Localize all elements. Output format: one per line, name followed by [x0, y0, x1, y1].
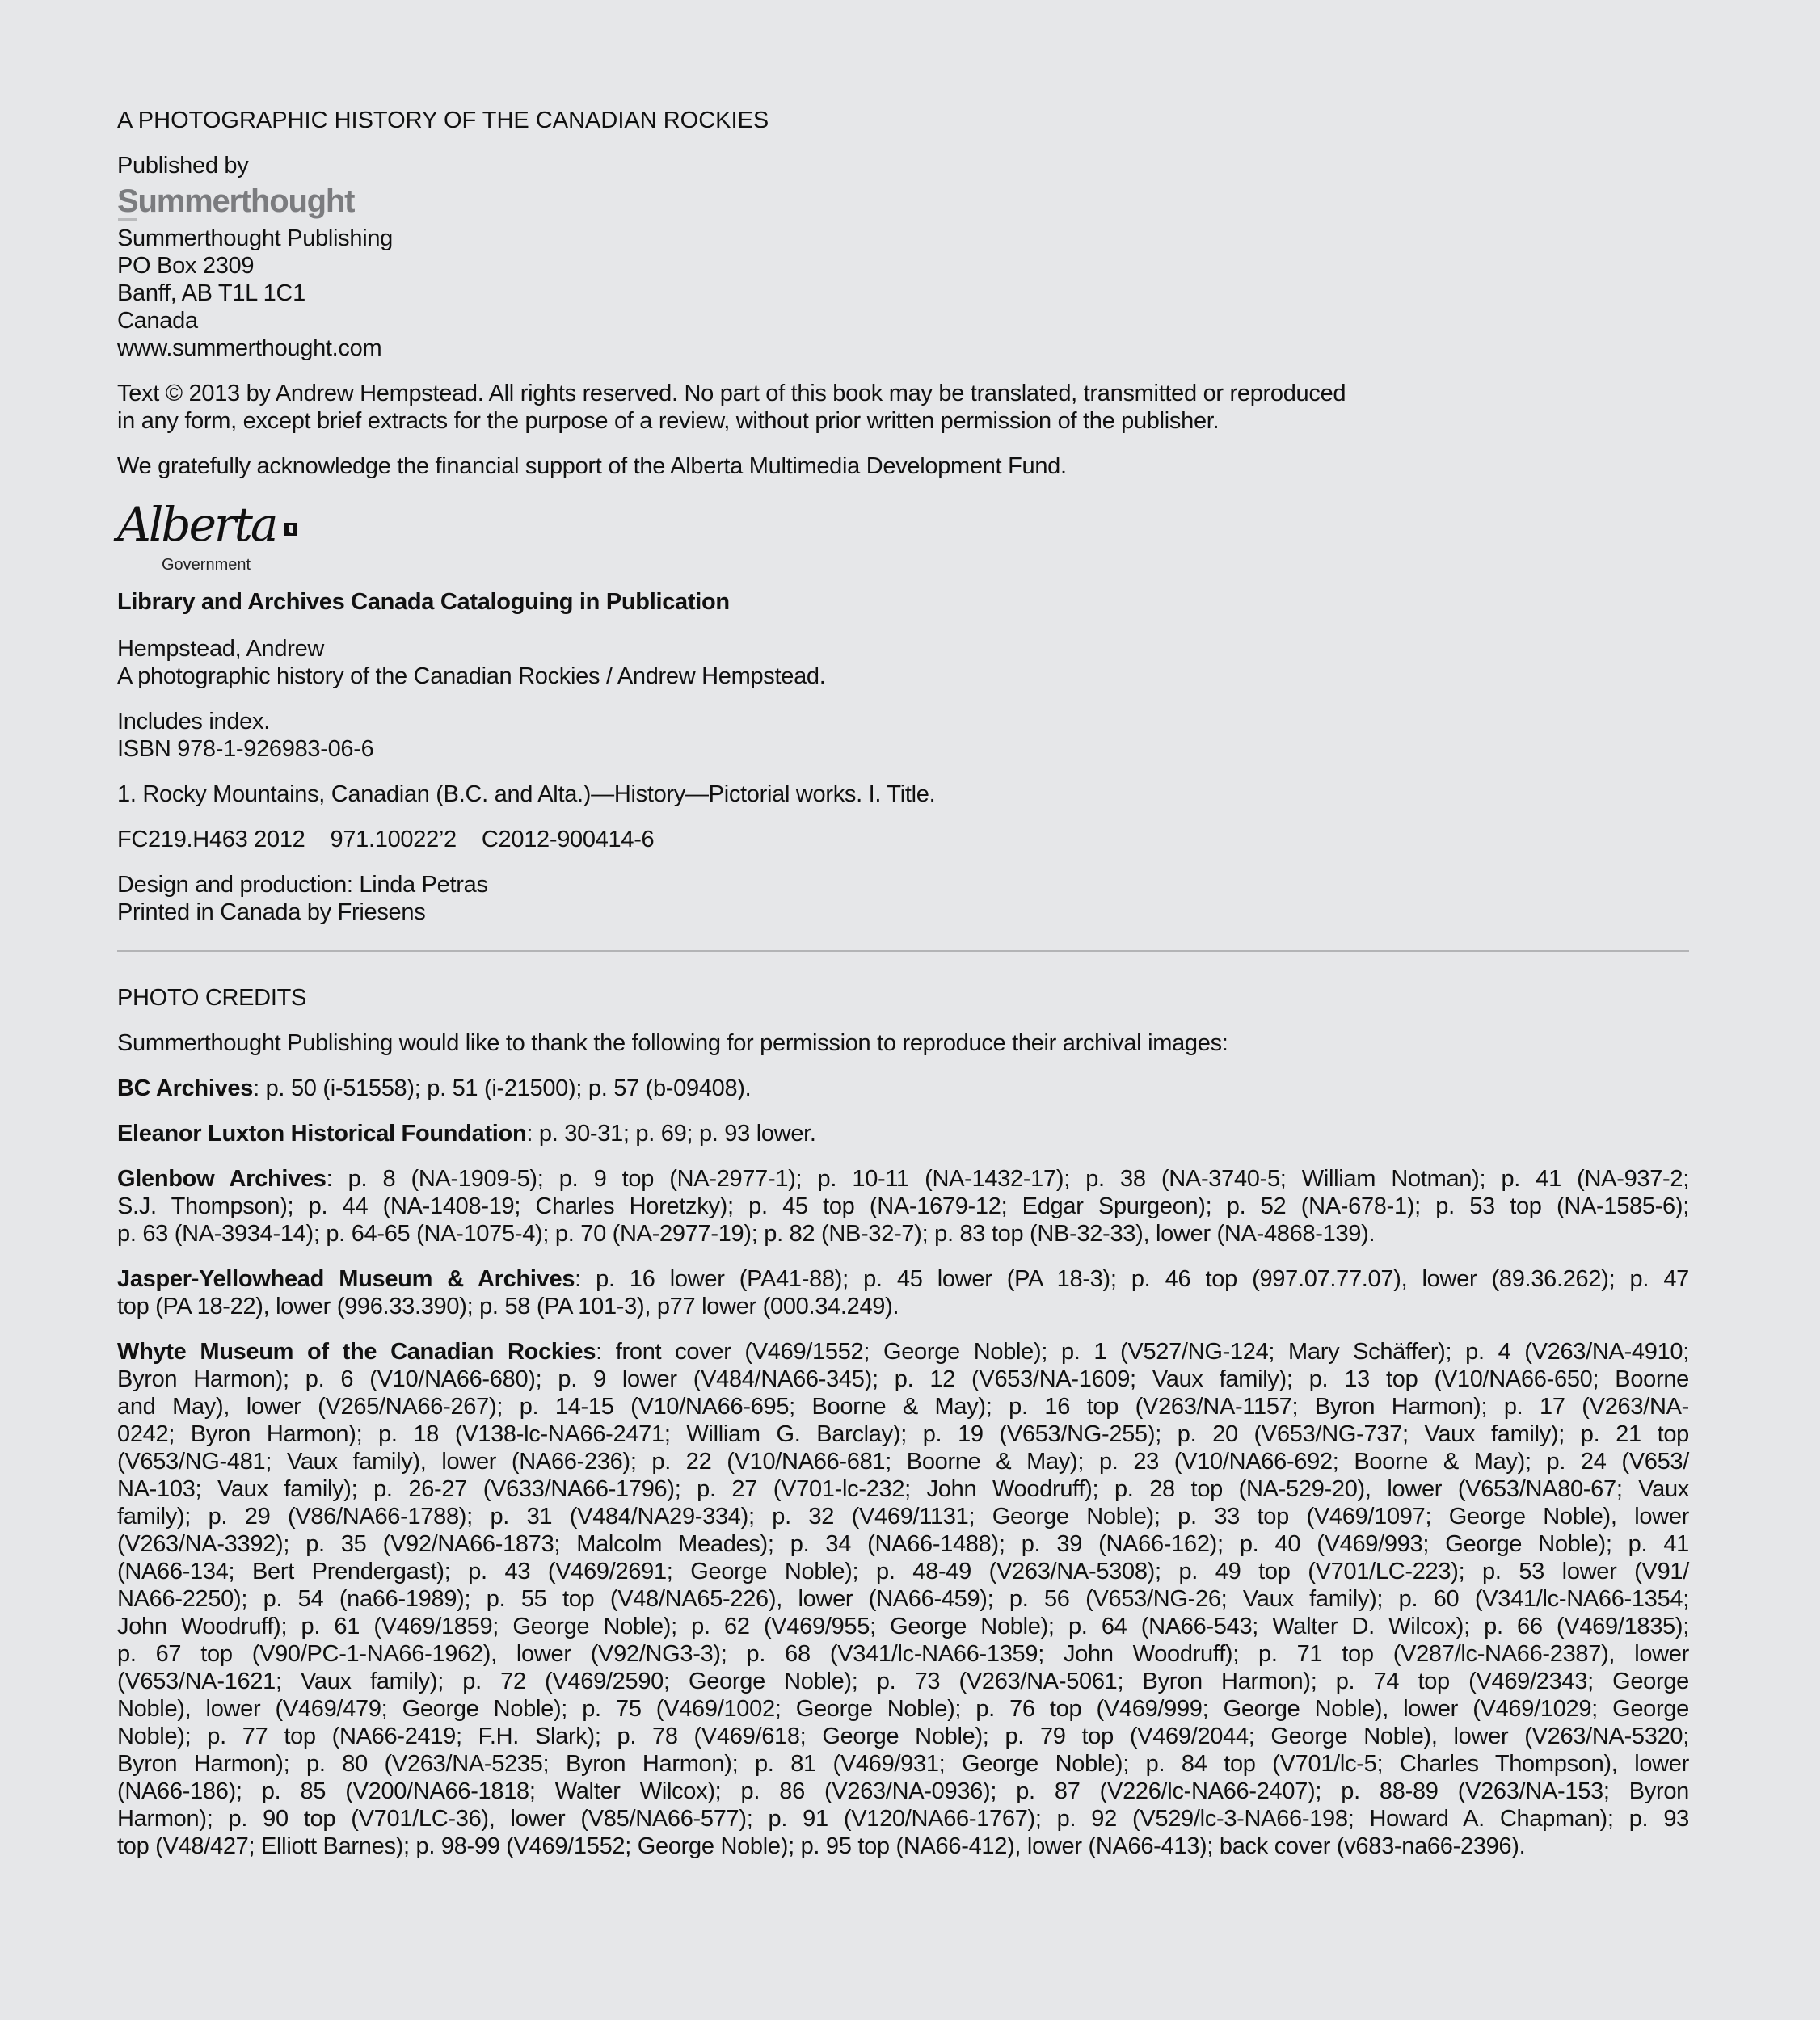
credit-line: Harmon); p. 90 top (V701/LC-36), lower (…	[117, 1805, 1689, 1833]
cip-heading: Library and Archives Canada Cataloguing …	[117, 588, 1689, 616]
credit-line: Noble); p. 77 top (NA66-2419; F.H. Slark…	[117, 1723, 1689, 1750]
credit-source-name: Eleanor Luxton Historical Foundation	[117, 1121, 526, 1147]
address-line-2: Banff, AB T1L 1C1	[117, 280, 1689, 307]
alberta-logo-subtitle: Government	[162, 556, 251, 574]
credit-source-name: BC Archives	[117, 1075, 253, 1101]
cip-includes: Includes index.	[117, 708, 1689, 735]
credit-line: (NA66-186); p. 85 (V200/NA66-1818; Walte…	[117, 1778, 1689, 1805]
logo-underbar	[118, 218, 137, 221]
credit-line: (V653/NG-481; Vaux family), lower (NA66-…	[117, 1448, 1689, 1475]
credit-line: NA66-2250); p. 54 (na66-1989); p. 55 top…	[117, 1585, 1689, 1613]
publisher-address: Summerthought Publishing PO Box 2309 Ban…	[117, 225, 1689, 362]
credit-line: (NA66-134; Bert Prendergast); p. 43 (V46…	[117, 1558, 1689, 1585]
credit-line: BC Archives: p. 50 (i-51558); p. 51 (i-2…	[117, 1075, 1689, 1102]
credit-line: John Woodruff); p. 61 (V469/1859; George…	[117, 1613, 1689, 1640]
credit-line: NA-103; Vaux family); p. 26-27 (V633/NA6…	[117, 1475, 1689, 1503]
credit-line: 0242; Byron Harmon); p. 18 (V138-lc-NA66…	[117, 1420, 1689, 1448]
alberta-logo-mark-icon	[284, 523, 297, 536]
copyright-notice: Text © 2013 by Andrew Hempstead. All rig…	[117, 380, 1689, 435]
photo-credits-list: BC Archives: p. 50 (i-51558); p. 51 (i-2…	[117, 1075, 1689, 1860]
publisher-website: www.summerthought.com	[117, 335, 1689, 362]
credit-line: Jasper-Yellowhead Museum & Archives: p. …	[117, 1265, 1689, 1293]
copyright-page: A PHOTOGRAPHIC HISTORY OF THE CANADIAN R…	[117, 107, 1689, 1860]
design-credit: Design and production: Linda Petras	[117, 871, 1689, 898]
publisher-name: Summerthought Publishing	[117, 225, 1689, 252]
cip-isbn-block: Includes index. ISBN 978-1-926983-06-6	[117, 708, 1689, 763]
credit-line: Eleanor Luxton Historical Foundation: p.…	[117, 1120, 1689, 1147]
credit-line: Whyte Museum of the Canadian Rockies: fr…	[117, 1338, 1689, 1366]
address-line-1: PO Box 2309	[117, 252, 1689, 280]
credit-line: (V653/NA-1621; Vaux family); p. 72 (V469…	[117, 1668, 1689, 1695]
credit-entry: Whyte Museum of the Canadian Rockies: fr…	[117, 1338, 1689, 1860]
copyright-line-1: Text © 2013 by Andrew Hempstead. All rig…	[117, 380, 1689, 407]
photo-credits-intro: Summerthought Publishing would like to t…	[117, 1029, 1689, 1057]
credit-source-name: Glenbow Archives	[117, 1166, 327, 1192]
credit-entry: Glenbow Archives: p. 8 (NA-1909-5); p. 9…	[117, 1165, 1689, 1248]
alberta-script-wordmark: Alberta	[117, 496, 276, 553]
credit-line: Byron Harmon); p. 6 (V10/NA66-680); p. 9…	[117, 1366, 1689, 1393]
printer-credit: Printed in Canada by Friesens	[117, 898, 1689, 926]
cip-author-block: Hempstead, Andrew A photographic history…	[117, 635, 1689, 690]
credit-line: and May), lower (V265/NA66-267); p. 14-1…	[117, 1393, 1689, 1420]
summerthought-logo: Summerthought	[117, 183, 354, 220]
credit-source-name: Whyte Museum of the Canadian Rockies	[117, 1339, 596, 1365]
credit-line: top (V48/427; Elliott Barnes); p. 98-99 …	[117, 1833, 1689, 1860]
address-country: Canada	[117, 307, 1689, 335]
credit-line: Noble), lower (V469/479; George Noble); …	[117, 1695, 1689, 1723]
credit-line: S.J. Thompson); p. 44 (NA-1408-19; Charl…	[117, 1193, 1689, 1220]
book-title: A PHOTOGRAPHIC HISTORY OF THE CANADIAN R…	[117, 107, 1689, 134]
credit-line: Byron Harmon); p. 80 (V263/NA-5235; Byro…	[117, 1750, 1689, 1778]
credit-line: p. 67 top (V90/PC-1-NA66-1962), lower (V…	[117, 1640, 1689, 1668]
credit-source-name: Jasper-Yellowhead Museum & Archives	[117, 1266, 575, 1292]
cip-title-statement: A photographic history of the Canadian R…	[117, 663, 1689, 690]
credit-line: p. 63 (NA-3934-14); p. 64-65 (NA-1075-4)…	[117, 1220, 1689, 1248]
credit-line: (V263/NA-3392); p. 35 (V92/NA66-1873; Ma…	[117, 1530, 1689, 1558]
cip-subject: 1. Rocky Mountains, Canadian (B.C. and A…	[117, 781, 1689, 808]
credit-line: top (PA 18-22), lower (996.33.390); p. 5…	[117, 1293, 1689, 1320]
credit-entry: BC Archives: p. 50 (i-51558); p. 51 (i-2…	[117, 1075, 1689, 1102]
cip-isbn: ISBN 978-1-926983-06-6	[117, 735, 1689, 763]
published-by-label: Published by	[117, 152, 1689, 179]
funding-acknowledgement: We gratefully acknowledge the financial …	[117, 452, 1689, 480]
production-credits: Design and production: Linda Petras Prin…	[117, 871, 1689, 926]
section-divider	[117, 950, 1689, 952]
cip-author: Hempstead, Andrew	[117, 635, 1689, 663]
summerthought-logo-text: Summerthought	[117, 183, 354, 219]
alberta-government-logo: Alberta Government	[117, 501, 303, 574]
credit-line: Glenbow Archives: p. 8 (NA-1909-5); p. 9…	[117, 1165, 1689, 1193]
credit-entry: Eleanor Luxton Historical Foundation: p.…	[117, 1120, 1689, 1147]
copyright-line-2: in any form, except brief extracts for t…	[117, 407, 1689, 435]
credit-line: family); p. 29 (V86/NA66-1788); p. 31 (V…	[117, 1503, 1689, 1530]
credit-entry: Jasper-Yellowhead Museum & Archives: p. …	[117, 1265, 1689, 1320]
cip-classification: FC219.H463 2012 971.10022’2 C2012-900414…	[117, 826, 1689, 853]
photo-credits-heading: PHOTO CREDITS	[117, 984, 1689, 1012]
